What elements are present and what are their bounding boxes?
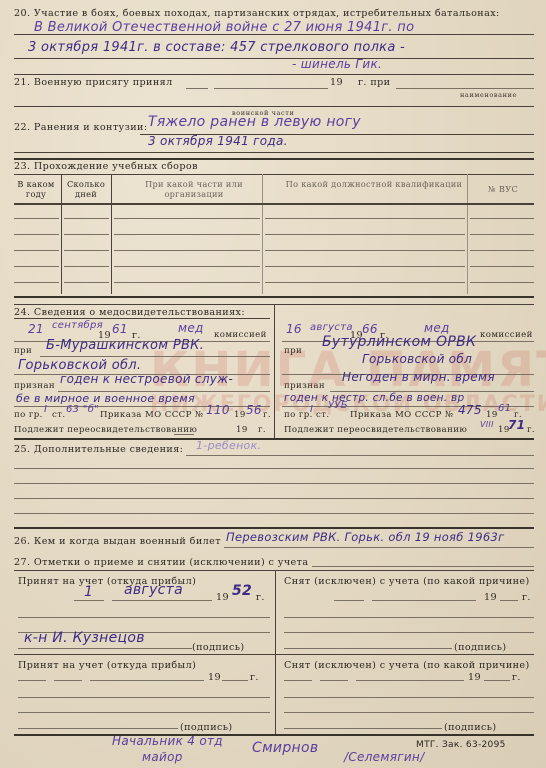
col-header-days: Сколько дней	[62, 179, 110, 199]
exam-right-pri-label: при	[284, 346, 302, 356]
section-21-year-prefix: 19	[330, 77, 343, 88]
exam-right-st-value: УУБ	[328, 400, 348, 411]
exam-left-order-value: 110	[206, 403, 230, 417]
exam-right-st-label: ст.	[316, 410, 330, 420]
exam-right-gr-label: по гр.	[284, 410, 313, 420]
exam-left-year: 61	[112, 322, 128, 336]
accept-1-signature: к-н И. Кузнецов	[24, 630, 145, 646]
exam-left-st-label: ст.	[52, 410, 66, 420]
exam-left-priznan-value-1: годен к нестроевой служ-	[60, 372, 233, 386]
remove-1-year-suffix: г.	[522, 592, 531, 603]
exam-left-pri-value-2: Горьковской обл.	[18, 358, 141, 373]
table-row-line	[14, 218, 59, 219]
remove-1-year-prefix: 19	[484, 592, 497, 603]
table-row-line	[64, 218, 109, 219]
section-20-line-1: В Великой Отечественной войне с 27 июня …	[34, 20, 414, 35]
table-row-line	[114, 250, 260, 251]
exam-right-month: августа	[310, 322, 353, 333]
exam-left-commission-type: мед	[178, 321, 204, 335]
section-26-label: 26. Кем и когда выдан военный билет	[14, 536, 221, 547]
exam-left-pri-label: при	[14, 346, 32, 356]
exam-right-order-value: 475	[458, 403, 482, 417]
exam-left-order-year-suffix: г.	[263, 410, 271, 420]
print-order-code: МТГ. Зак. 63-2095	[416, 740, 506, 750]
exam-left-reexam-label: Подлежит переосвидетельствованию	[14, 425, 197, 435]
table-row-line	[64, 282, 109, 283]
remove-1-signature-label: (подпись)	[454, 642, 507, 653]
table-row-line	[470, 250, 534, 251]
accept-1-year-prefix: 19	[216, 592, 229, 603]
section-22-label: 22. Ранения и контузии:	[14, 122, 147, 133]
exam-right-pri-value-2: Горьковской обл	[362, 352, 472, 366]
exam-left-st-value: 63 "б"	[66, 404, 99, 415]
col-header-unit: При какой части или организации	[124, 179, 264, 199]
remove-1-label: Снят (исключен) с учета (по какой причин…	[284, 576, 530, 587]
exam-right-commission-label: комиссией	[480, 330, 533, 340]
col-header-year: В каком году	[14, 179, 58, 199]
exam-right-order-label: Приказа МО СССР №	[350, 410, 454, 420]
table-row-line	[470, 234, 534, 235]
exam-left-order-label: Приказа МО СССР №	[100, 410, 204, 420]
exam-right-reexam-value: VIII	[480, 420, 494, 429]
exam-left-reexam-year-prefix: 19	[236, 425, 248, 435]
table-row-line	[114, 266, 260, 267]
accept-1-year: 52	[232, 583, 252, 599]
section-23-label: 23. Прохождение учебных сборов	[14, 161, 198, 172]
remove-2-year-suffix: г.	[512, 672, 521, 683]
section-21-year-suffix: г. при	[358, 77, 390, 88]
accept-2-year-prefix: 19	[208, 672, 221, 683]
accept-2-signature-label: (подпись)	[180, 722, 233, 733]
table-row-line	[64, 250, 109, 251]
table-row-line	[265, 250, 465, 251]
exam-right-priznan-value-1: Негоден в мирн. время	[342, 370, 495, 384]
col-header-vus: № ВУС	[472, 184, 534, 194]
table-row-line	[14, 250, 59, 251]
table-row-line	[265, 282, 465, 283]
section-20-line-2: 3 октября 1941г. в составе: 457 стрелков…	[28, 40, 405, 55]
footer-signature: Смирнов	[252, 740, 318, 756]
exam-right-day: 16	[286, 322, 302, 336]
section-22-line-1: Тяжело ранен в левую ногу	[148, 114, 361, 130]
section-25-label: 25. Дополнительные сведения:	[14, 444, 183, 455]
section-21-label: 21. Военную присягу принял	[14, 77, 173, 88]
exam-left-priznan-value-2: бе в мирное и военное время	[16, 392, 195, 405]
remove-2-label: Снят (исключен) с учета (по какой причин…	[284, 660, 530, 671]
exam-right-priznan-label: признан	[284, 381, 325, 391]
footer-signature-name: /Селемягин/	[344, 750, 424, 764]
table-row-line	[470, 218, 534, 219]
exam-left-pri-value-1: Б-Мурашкинском РВК.	[46, 338, 204, 353]
exam-right-order-year-prefix: 19	[486, 410, 498, 420]
section-27-label: 27. Отметки о приеме и снятии (исключени…	[14, 557, 308, 568]
exam-right-priznan-value-2: годен к нестр. сл.бе в воен. вр	[284, 392, 464, 404]
table-row-line	[14, 266, 59, 267]
table-row-line	[114, 218, 260, 219]
table-row-line	[265, 218, 465, 219]
accept-2-label: Принят на учет (откуда прибыл)	[18, 660, 196, 671]
exam-right-reexam-year-suffix: г.	[527, 425, 535, 435]
accept-1-day: 1	[84, 584, 93, 600]
table-row-line	[14, 282, 59, 283]
exam-right-reexam-year: 71	[508, 418, 525, 432]
table-row-line	[114, 234, 260, 235]
exam-right-gr-value: I	[310, 404, 313, 415]
exam-left-order-year-prefix: 19	[234, 410, 246, 420]
col-header-qualification: По какой должностной квалификации	[284, 179, 464, 189]
section-20-line-3: - шинель Гик.	[292, 57, 382, 71]
exam-left-day: 21	[28, 322, 44, 336]
table-row-line	[64, 266, 109, 267]
accept-1-year-suffix: г.	[256, 592, 265, 603]
exam-right-commission-type: мед	[424, 321, 450, 335]
exam-left-reexam-year-suffix: г.	[258, 425, 266, 435]
accept-2-year-suffix: г.	[250, 672, 259, 683]
section-25-value: 1-ребенок.	[196, 439, 261, 452]
exam-right-order-year: 61	[498, 403, 511, 414]
footer-rank: майор	[142, 750, 183, 764]
military-record-page: КНИГА ПАМЯТИ НИЖЕГОРОДСКОЙ ОБЛАСТИ 20. У…	[0, 0, 546, 768]
exam-left-priznan-label: признан	[14, 381, 55, 391]
accept-1-signature-label: (подпись)	[192, 642, 245, 653]
table-row-line	[114, 282, 260, 283]
table-row-line	[265, 234, 465, 235]
exam-right-pri-value-1: Бутурлинском ОРВК	[322, 334, 476, 350]
remove-2-year-prefix: 19	[468, 672, 481, 683]
table-row-line	[470, 282, 534, 283]
section-24-label: 24. Сведения о медосвидетельствованиях:	[14, 307, 245, 318]
table-row-line	[265, 266, 465, 267]
exam-left-gr-value: I	[44, 404, 47, 415]
section-26-value: Перевозским РВК. Горьк. обл 19 нояб 1963…	[226, 530, 504, 544]
section-21-hint-name: наименование	[460, 91, 517, 99]
footer-chief-title: Начальник 4 отд	[112, 734, 223, 748]
accept-1-month: августа	[124, 582, 183, 598]
table-row-line	[64, 234, 109, 235]
table-row-line	[470, 266, 534, 267]
section-22-line-2: 3 октября 1941 года.	[148, 134, 288, 148]
section-20-label: 20. Участие в боях, боевых походах, парт…	[14, 8, 500, 19]
exam-right-reexam-label: Подлежит переосвидетельствованию	[284, 425, 467, 435]
exam-left-month: сентября	[52, 320, 103, 331]
remove-2-signature-label: (подпись)	[444, 722, 497, 733]
training-table: В каком году Сколько дней При какой част…	[14, 174, 534, 304]
exam-left-gr-label: по гр.	[14, 410, 43, 420]
table-row-line	[14, 234, 59, 235]
exam-left-order-year: 56	[246, 403, 262, 417]
exam-left-commission-label: комиссией	[214, 330, 267, 340]
